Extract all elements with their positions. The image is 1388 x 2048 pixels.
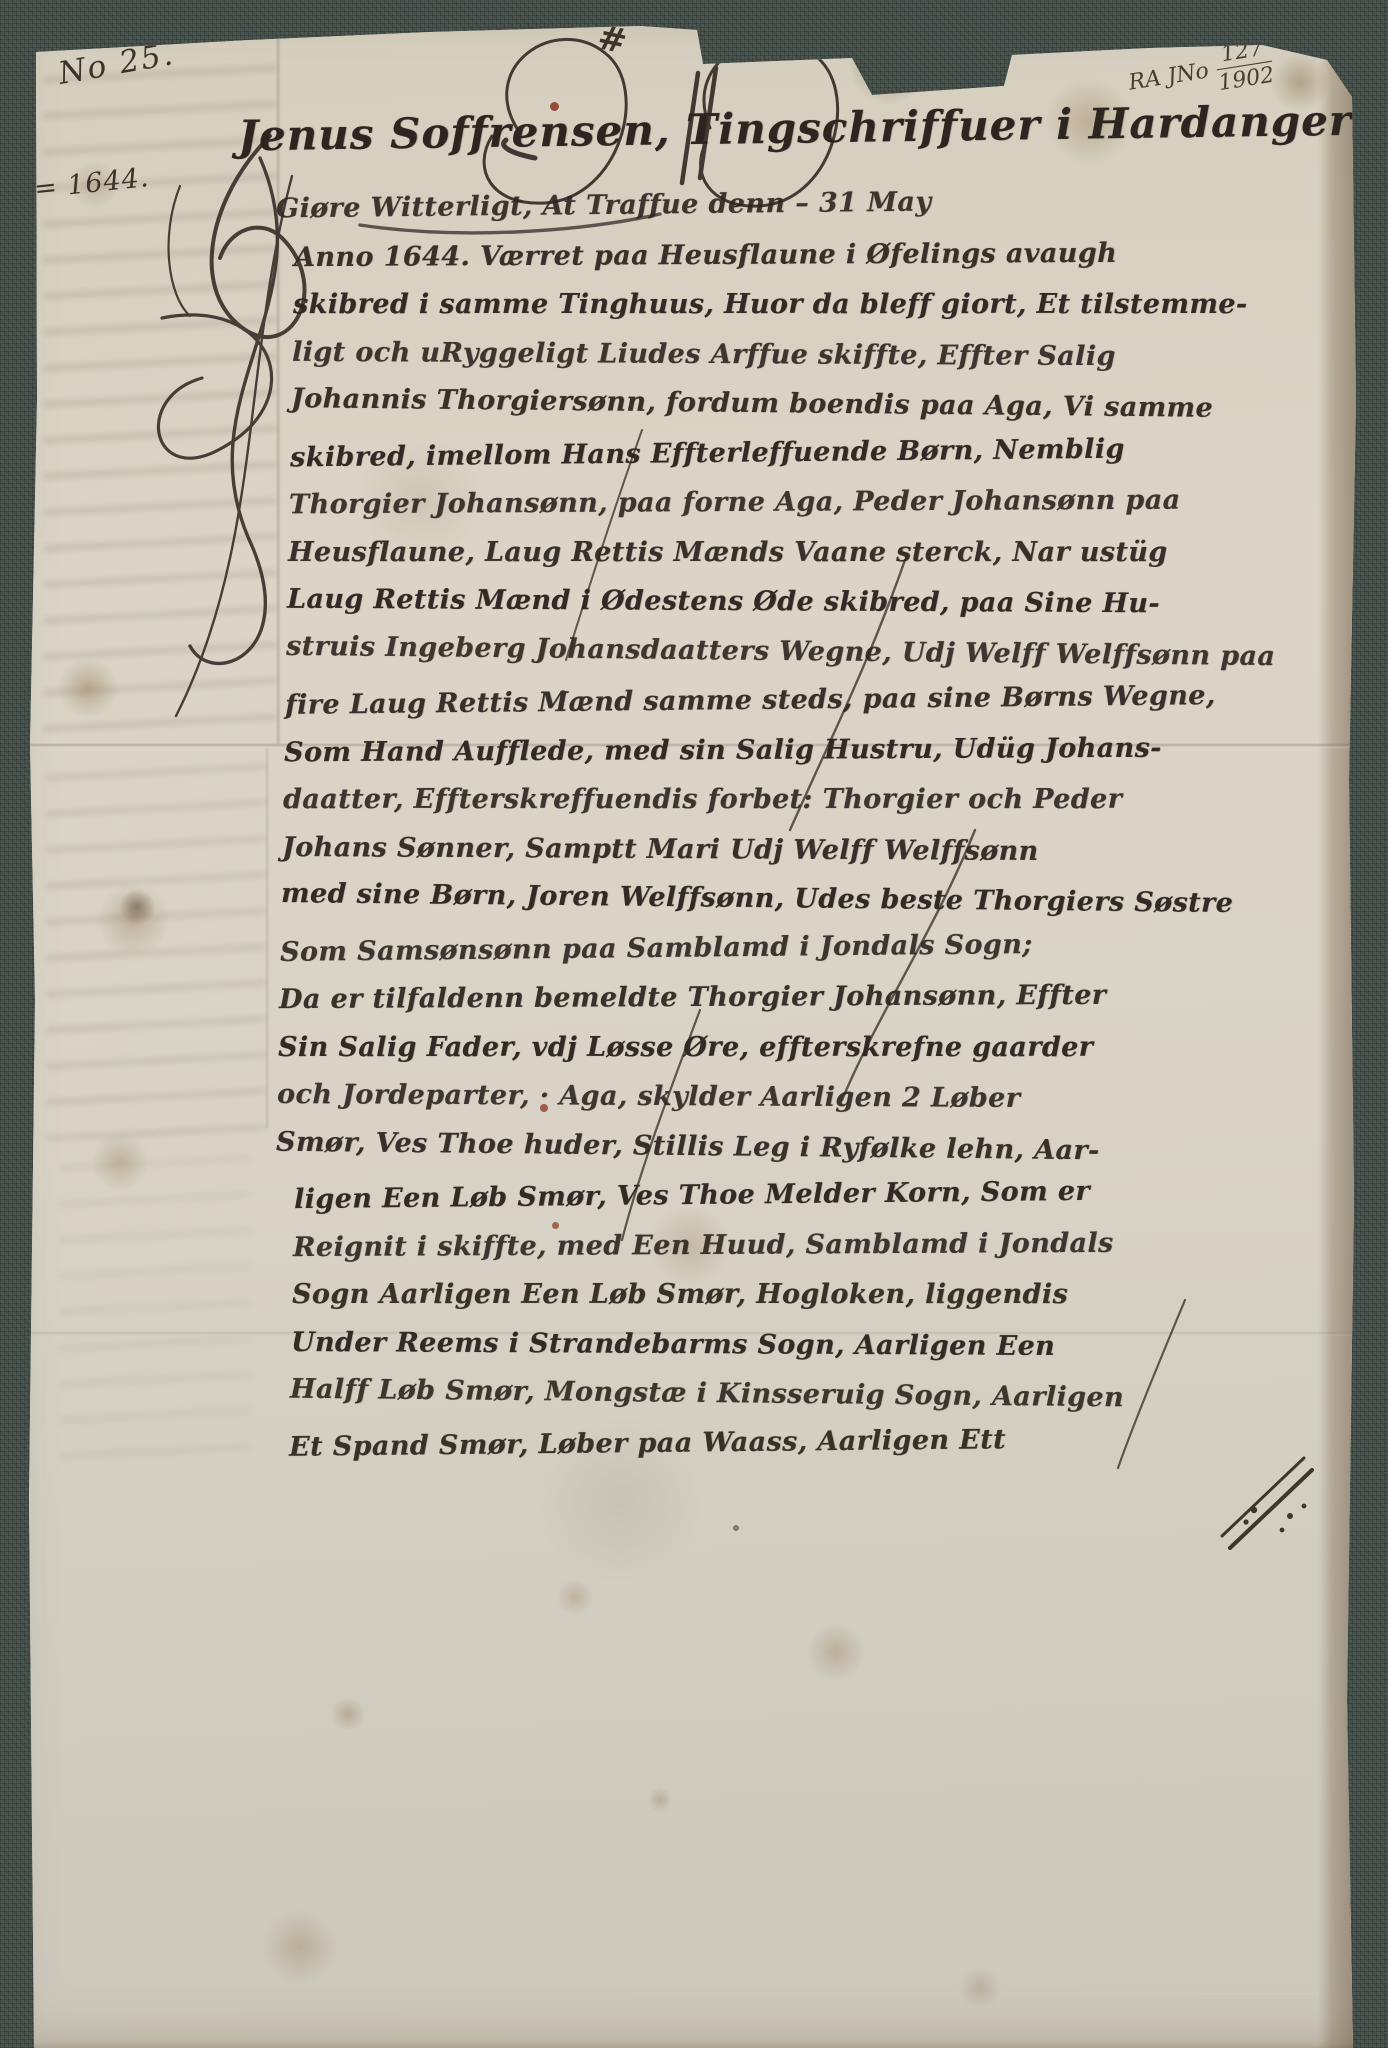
manuscript-line: ligen Een Løb Smør, Ves Thoe Melder Korn… <box>294 1176 1090 1215</box>
manuscript-line: Reignit i skiffte, med Een Huud, Samblam… <box>293 1228 1114 1263</box>
manuscript-line: fire Laug Rettis Mænd samme steds, paa s… <box>285 680 1216 721</box>
scribal-end-mark <box>1212 1452 1332 1562</box>
ink-fleck <box>552 1222 559 1229</box>
manuscript-page: No 25. = 1644. # RA JNo1271902 <box>0 0 1388 2048</box>
manuscript-line: Sin Salig Fader, vdj Løsse Øre, efftersk… <box>278 1032 1093 1063</box>
ink-fleck <box>550 102 559 111</box>
ink-fleck <box>540 1104 548 1112</box>
journal-prefix: RA JNo <box>1127 58 1211 95</box>
manuscript-line: Da er tilfaldenn bemeldte Thorgier Johan… <box>279 980 1107 1015</box>
manuscript-line: Thorgier Johansønn, paa forne Aga, Peder… <box>289 485 1181 521</box>
journal-fraction: 1271902 <box>1212 35 1276 96</box>
fold-crease-vertical-lower <box>266 748 270 1128</box>
manuscript-line: Laug Rettis Mænd i Ødestens Øde skibred,… <box>287 584 1160 620</box>
manuscript-line: Et Spand Smør, Løber paa Waass, Aarligen… <box>289 1424 1006 1463</box>
manuscript-line: ligt och uRyggeligt Liudes Arffue skifft… <box>292 337 1116 372</box>
ink-fleck <box>733 1525 739 1531</box>
manuscript-line: daatter, Effterskreffuendis forbet: Thor… <box>283 784 1122 815</box>
manuscript-line: Johans Sønner, Samptt Mari Udj Welff Wel… <box>282 832 1039 867</box>
manuscript-heading: Jenus Soffrensen, Tingschriffuer i Harda… <box>238 97 1299 161</box>
registration-mark: # <box>594 17 630 62</box>
ink-fleck <box>560 690 566 696</box>
manuscript-line: med sine Børn, Joren Welffsønn, Udes bes… <box>281 878 1234 919</box>
archive-scan-background: No 25. = 1644. # RA JNo1271902 <box>0 0 1388 2048</box>
manuscript-line: Smør, Ves Thoe huder, Stillis Leg i Ryfø… <box>276 1127 1100 1167</box>
bleedthrough-text-middle <box>60 1150 250 1480</box>
manuscript-line: Giøre Witterligt, At Traffue denn – 31 M… <box>276 187 932 225</box>
manuscript-line: struis Ingeberg Johansdaatters Wegne, Ud… <box>286 631 1276 672</box>
manuscript-line: Som Samsønsønn paa Samblamd i Jondals So… <box>280 929 1033 968</box>
manuscript-line: skibred, imellom Hans Effterleffuende Bø… <box>290 434 1125 474</box>
manuscript-line: Halff Løb Smør, Mongstæ i Kinsseruig Sog… <box>290 1374 1124 1414</box>
manuscript-line: Under Reems i Strandebarms Sogn, Aarlige… <box>291 1327 1055 1362</box>
manuscript-line: Heusflaune, Laug Rettis Mænds Vaane ster… <box>288 537 1168 568</box>
bleedthrough-text-upper <box>44 62 276 742</box>
manuscript-body: Giøre Witterligt, At Traffue denn – 31 M… <box>285 190 1165 1520</box>
manuscript-line: skibred i samme Tinghuus, Huor da bleff … <box>293 289 1248 320</box>
manuscript-line: Som Hand Aufflede, med sin Salig Hustru,… <box>284 733 1162 769</box>
manuscript-line: Sogn Aarligen Een Løb Smør, Hogloken, li… <box>292 1279 1068 1310</box>
bleedthrough-text-lower <box>46 760 266 1140</box>
manuscript-line: Anno 1644. Værret paa Heusflaune i Øfeli… <box>294 238 1117 273</box>
manuscript-line: Johannis Thorgiersønn, fordum boendis pa… <box>291 383 1213 424</box>
manuscript-line: och Jordeparter, · Aga, skylder Aarligen… <box>277 1079 1020 1114</box>
